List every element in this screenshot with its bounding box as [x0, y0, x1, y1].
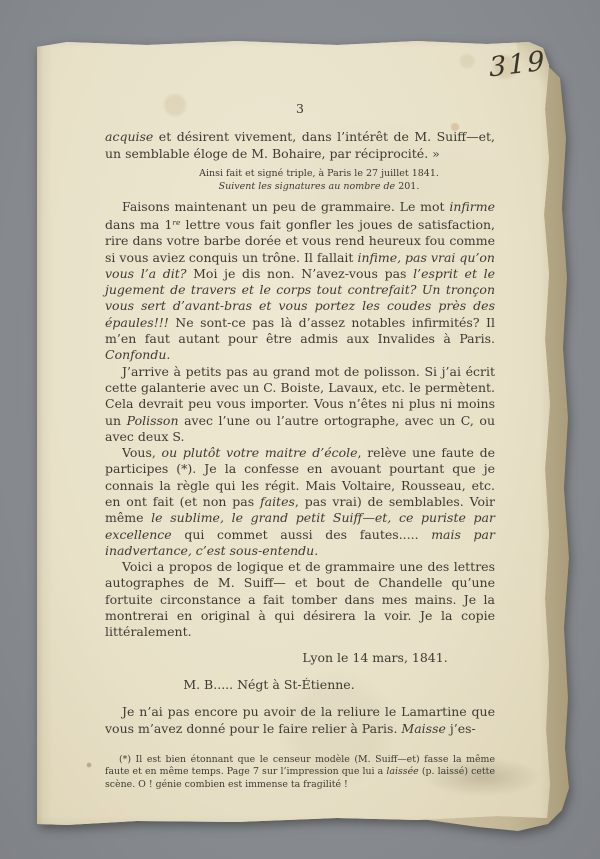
paragraph-polisson: J’arrive à petits pas au grand mot de po… [105, 364, 495, 445]
page-number: 3 [105, 101, 495, 117]
signatures-line: Suivent les signatures au nombre de 201. [105, 180, 495, 193]
scan-background: { "page": { "handwritten_number": "319",… [0, 0, 600, 859]
paragraph-letters-intro: Voici a propos de logique et de grammair… [105, 559, 495, 640]
footnote: (*) Il est bien étonnant que le censeur … [105, 754, 495, 792]
salutation: M. B..... Négt à St-Étienne. [105, 677, 495, 693]
attribution-line: Ainsi fait et signé triple, à Paris le 2… [105, 167, 495, 180]
dateline: Lyon le 14 mars, 1841. [105, 650, 495, 666]
document-page: 319 3 acquise et désirent vivement, dans… [37, 39, 553, 826]
paper-stack: 319 3 acquise et désirent vivement, dans… [0, 0, 600, 859]
paragraph-letter-body: Je n’ai pas encore pu avoir de la reliur… [105, 704, 495, 737]
text-block: 3 acquise et désirent vivement, dans l’i… [105, 101, 495, 792]
paragraph-grammar: Faisons maintenant un peu de grammaire. … [105, 199, 495, 364]
handwritten-folio-number: 319 [488, 45, 547, 83]
paragraph-participles: Vous, ou plutôt votre maitre d’école, re… [105, 445, 495, 559]
quote-paragraph: acquise et désirent vivement, dans l’int… [105, 129, 495, 162]
